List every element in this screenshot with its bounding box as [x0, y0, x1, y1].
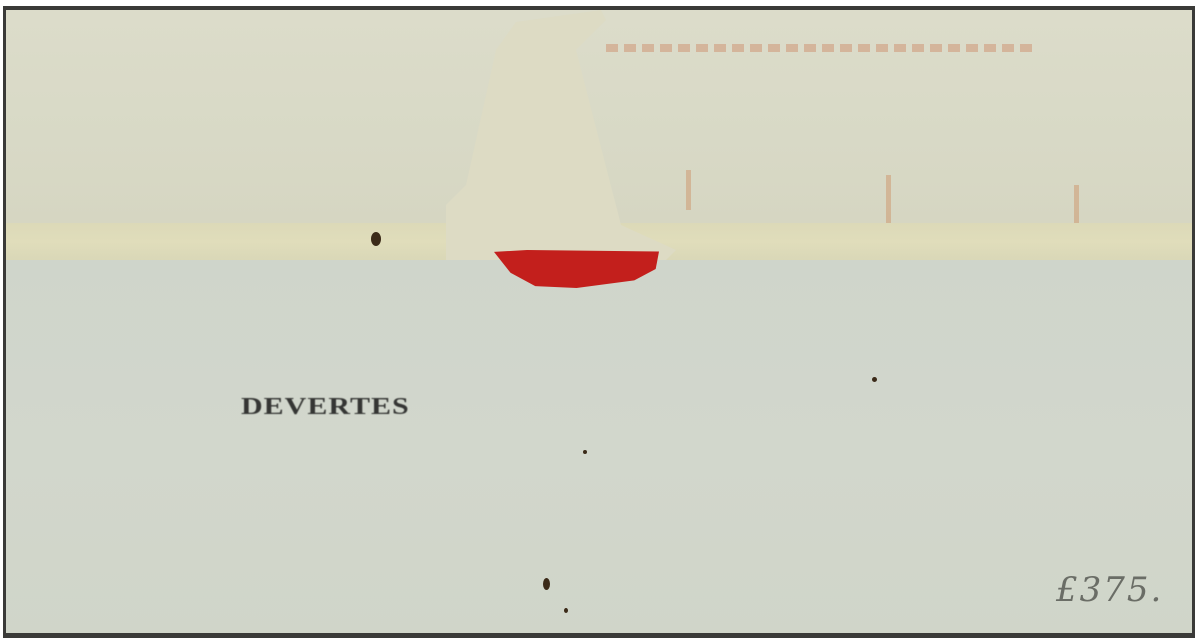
faded-red-strike	[606, 44, 1036, 52]
ink-spot	[872, 377, 877, 382]
lower-panel	[6, 260, 1192, 638]
ink-spot	[564, 608, 568, 613]
ink-spot	[371, 232, 381, 246]
faded-red-mark	[886, 175, 891, 225]
handstamp: DEVERTES	[241, 393, 410, 420]
letter-sheet: DEVERTES £375.	[3, 6, 1195, 638]
ink-spot	[543, 578, 550, 590]
ink-spot	[583, 450, 587, 454]
faded-red-mark	[686, 170, 691, 210]
faded-red-mark	[1074, 185, 1079, 225]
pencil-price-note: £375.	[1056, 570, 1163, 610]
